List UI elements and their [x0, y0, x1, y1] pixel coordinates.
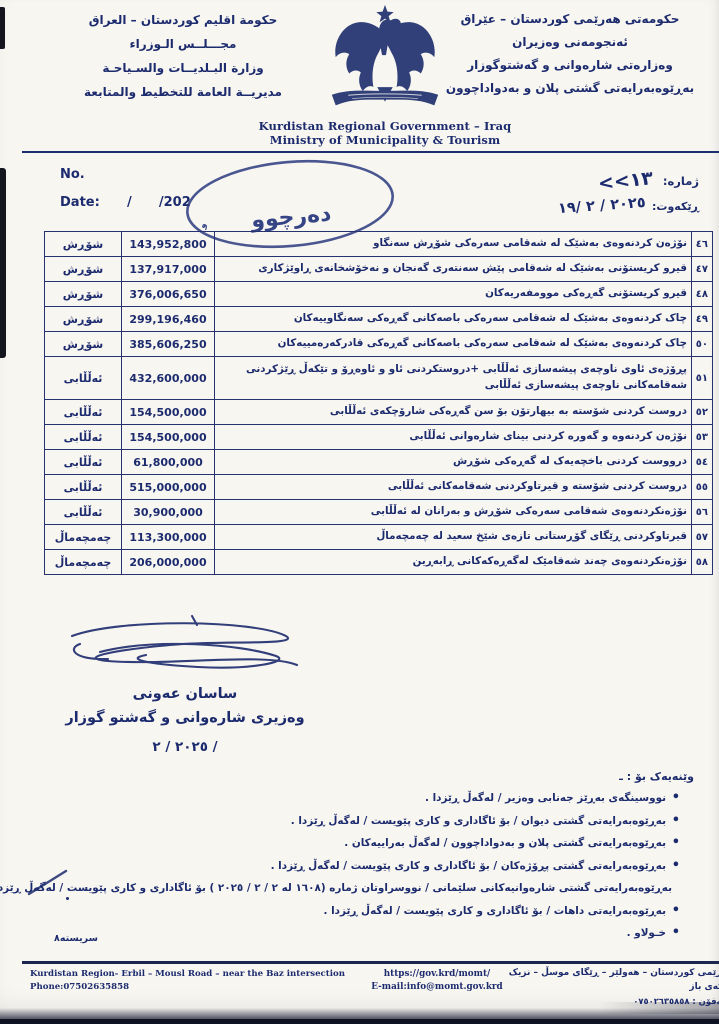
- project-description-cell: نۆژەنکردنەوەی شەقامی سەرەکی شۆڕش و بەران…: [215, 500, 692, 525]
- row-number-cell: ٥٣: [692, 425, 713, 450]
- bullet-dot: •: [672, 855, 680, 878]
- signature-date: ٢٠٢٥ / ٢ /: [40, 739, 330, 755]
- header-kurdish-line: بەڕێوەبەرایەتی گشتی پلان و بەدواداچوون: [427, 77, 713, 100]
- krg-eagle-emblem: [327, 2, 443, 118]
- footer-address-line: Kurdistan Region- Erbil – Mousl Road – n…: [30, 968, 350, 981]
- area-cell: ئەڵڵابی: [45, 475, 122, 500]
- bullet-dot: •: [672, 787, 680, 810]
- row-number-cell: ٥٨: [692, 550, 713, 575]
- row-number-cell: ٤٦: [692, 232, 713, 257]
- amount-cell: 299,196,460: [122, 307, 215, 332]
- cc-heading: وێنەیەک بۆ : ـ: [10, 770, 694, 783]
- row-number-cell: ٥٢: [692, 400, 713, 425]
- bullet-dot: •: [672, 832, 680, 855]
- project-description-cell: چاک کردنەوەی بەشێک لە شەقامی سەرەکی باصە…: [215, 332, 692, 357]
- reference-date-label: ڕێکەوت:: [652, 200, 699, 213]
- cc-list: •نووسینگەی بەڕێز جەنابی وەزیر / لەگەڵ ڕێ…: [10, 787, 694, 945]
- handwritten-check-mark: [26, 866, 70, 898]
- amount-cell: 515,000,000: [122, 475, 215, 500]
- bullet-dot: •: [672, 900, 680, 923]
- typist-note: سریستە٨: [54, 933, 98, 944]
- reference-number-line: ژماره: <<١٣: [598, 170, 699, 192]
- signer-name: ساسان عەونی: [40, 686, 330, 702]
- area-cell: ئەڵڵابی: [45, 400, 122, 425]
- project-description-cell: نۆژەن کردنەوە و گەورە کردنی بینای شارەوا…: [215, 425, 692, 450]
- cc-item-text: بەڕێوەبەرایەتی داهات / بۆ ئاگاداری و کار…: [324, 905, 666, 917]
- amount-cell: 143,952,800: [122, 232, 215, 257]
- table-row: ٥٦نۆژەنکردنەوەی شەقامی سەرەکی شۆڕش و بەر…: [45, 500, 713, 525]
- scan-edge-artifact: [0, 7, 5, 49]
- projects-table: ٤٦نۆژەن کردنەوەی بەشێک لە شەقامی سەرەکی …: [44, 231, 713, 575]
- cc-item: بەڕێوەبەرایەتی گشتی شارەوانیەکانی سلێمان…: [10, 877, 680, 900]
- cc-item: •بەڕێوەبەرایەتی گشتی پلان و بەدواداچوون …: [10, 832, 680, 855]
- row-number-cell: ٥٦: [692, 500, 713, 525]
- project-description-cell: نۆژەن کردنەوەی بەشێک لە شەقامی سەرەکی شۆ…: [215, 232, 692, 257]
- header-english-line: Kurdistan Regional Government – Iraq: [230, 119, 540, 133]
- header-arabic-line: وزارة البـلديــات والسـياحـة: [28, 56, 338, 80]
- amount-cell: 154,500,000: [122, 425, 215, 450]
- project-description-cell: قیرتاوکردنی ڕێگای گۆڕستانی تازەی شێخ سعی…: [215, 525, 692, 550]
- reference-date-handwritten: ٢٠٢٥ / ٢ /١٩: [558, 195, 647, 217]
- area-cell: شۆڕش: [45, 232, 122, 257]
- table-row: ٥٤درووست کردنی باخچەیەک لە گەڕەکی شۆڕش61…: [45, 450, 713, 475]
- signer-title: وەزیری شارەوانی و گەشتو گوزار: [20, 710, 350, 726]
- bullet-dot: •: [672, 922, 680, 945]
- header-kurdish-line: ئەنجومەنی وەزیران: [427, 31, 713, 54]
- amount-cell: 113,300,000: [122, 525, 215, 550]
- table-row: ٥٨نۆژەنکردنەوەی چەند شەقامێک لەگەڕەکەکان…: [45, 550, 713, 575]
- amount-cell: 137,917,000: [122, 257, 215, 282]
- amount-cell: 376,006,650: [122, 282, 215, 307]
- row-number-cell: ٥٤: [692, 450, 713, 475]
- cc-item-text: نووسینگەی بەڕێز جەنابی وەزیر / لەگەڵ ڕێز…: [425, 792, 666, 804]
- scanned-official-letter: حکومەتی هەرێمی کوردستان – عێراق ئەنجومەن…: [0, 0, 719, 1024]
- table-row: ٥٠چاک کردنەوەی بەشێک لە شەقامی سەرەکی با…: [45, 332, 713, 357]
- row-number-cell: ٥٠: [692, 332, 713, 357]
- table-row: ٤٨قیرو کریستۆنی گەڕەکی موومفەریەکان376,0…: [45, 282, 713, 307]
- project-description-cell: درووست کردنی باخچەیەک لە گەڕەکی شۆڕش: [215, 450, 692, 475]
- header-english-line: Ministry of Municipality & Tourism: [230, 133, 540, 147]
- area-cell: ئەڵڵابی: [45, 450, 122, 475]
- cc-item: •بەڕێوەبەرایەتی داهات / بۆ ئاگاداری و کا…: [10, 900, 680, 923]
- table-row: ٥٥دروست کردنی شۆستە و قیرتاوکردنی شەقامە…: [45, 475, 713, 500]
- reference-date-line: ڕێکەوت: ٢٠٢٥ / ٢ /١٩: [558, 198, 699, 214]
- cc-item: •نووسینگەی بەڕێز جەنابی وەزیر / لەگەڵ ڕێ…: [10, 787, 680, 810]
- row-number-cell: ٥١: [692, 357, 713, 400]
- area-cell: شۆڕش: [45, 257, 122, 282]
- footer-address-line-kurdish: هەرێمی کوردستان – هەولێر – ڕێگای موسڵ – …: [493, 966, 719, 994]
- no-label: No.: [60, 167, 85, 182]
- project-description-cell: نۆژەنکردنەوەی چەند شەقامێک لەگەڕەکەکانی …: [215, 550, 692, 575]
- amount-cell: 61,800,000: [122, 450, 215, 475]
- scan-bottom-edge: [0, 1019, 719, 1024]
- reference-number-label: ژماره:: [663, 174, 699, 188]
- footer-divider-line: [22, 961, 719, 964]
- cc-section: وێنەیەک بۆ : ـ •نووسینگەی بەڕێز جەنابی و…: [10, 770, 694, 945]
- area-cell: شۆڕش: [45, 282, 122, 307]
- minister-signature: [50, 610, 320, 688]
- amount-cell: 206,000,000: [122, 550, 215, 575]
- project-description-cell: قیرو کریستۆنی گەڕەکی موومفەریەکان: [215, 282, 692, 307]
- area-cell: چەمچەماڵ: [45, 525, 122, 550]
- project-description-cell: دروست کردنی شۆستە و قیرتاوکردنی شەقامەکا…: [215, 475, 692, 500]
- table-row: ٥٧قیرتاوکردنی ڕێگای گۆڕستانی تازەی شێخ س…: [45, 525, 713, 550]
- cc-item-text: بەڕێوەبەرایەتی گشتی شارەوانیەکانی سلێمان…: [0, 882, 672, 894]
- row-number-cell: ٤٩: [692, 307, 713, 332]
- amount-cell: 432,600,000: [122, 357, 215, 400]
- cc-item: •خـولاو .: [10, 922, 680, 945]
- amount-cell: 30,900,000: [122, 500, 215, 525]
- cc-item-text: بەڕێوەبەرایەتی گشتی پلان و بەدواداچوون /…: [344, 837, 666, 849]
- footer-address-english: Kurdistan Region- Erbil – Mousl Road – n…: [30, 968, 350, 994]
- footer-address-kurdish: هەرێمی کوردستان – هەولێر – ڕێگای موسڵ – …: [493, 966, 719, 1008]
- table-row: ٥١پڕۆژەی ئاوی ناوچەی پیشەسازی ئەڵڵابی +د…: [45, 357, 713, 400]
- row-number-cell: ٤٨: [692, 282, 713, 307]
- cc-item: •بەڕێوەبەرایەتی گشتی پڕۆژەکان / بۆ ئاگاد…: [10, 855, 680, 878]
- header-kurdish-line: وەزارەتی شارەوانی و گەشتوگوزار: [427, 54, 713, 77]
- header-arabic-line: مجـــلــس الـوزراء: [28, 32, 338, 56]
- table-row: ٤٩چاک کردنەوەی بەشێک لە شەقامی سەرەکی با…: [45, 307, 713, 332]
- stamp-center-text: دەرچوو: [249, 201, 332, 233]
- table-row: ٤٦نۆژەن کردنەوەی بەشێک لە شەقامی سەرەکی …: [45, 232, 713, 257]
- header-arabic-line: مديريــة العامة للتخطيط والمتابعة: [28, 80, 338, 104]
- header-kurdish-block: حکومەتی هەرێمی کوردستان – عێراق ئەنجومەن…: [427, 8, 713, 100]
- table-row: ٤٧قیرو کریستۆنی بەشێک لە شەقامی پێش سەنت…: [45, 257, 713, 282]
- project-description-cell: پڕۆژەی ئاوی ناوچەی پیشەسازی ئەڵڵابی +درو…: [215, 357, 692, 400]
- project-description-cell: قیرو کریستۆنی بەشێک لە شەقامی پێش سەنتەر…: [215, 257, 692, 282]
- amount-cell: 385,606,250: [122, 332, 215, 357]
- table-row: ٥٢دروست کردنی شۆستە بە بیهارتۆن بۆ سن گە…: [45, 400, 713, 425]
- header-arabic-block: حكومة اقليم كوردستان – العراق مجـــلــس …: [28, 8, 338, 104]
- scan-edge-artifact: [0, 168, 6, 358]
- ink-dot-artifact: [66, 897, 69, 900]
- cc-item-text: خـولاو .: [627, 927, 666, 939]
- row-number-cell: ٤٧: [692, 257, 713, 282]
- area-cell: ئەڵڵابی: [45, 357, 122, 400]
- cc-item-text: بەڕێوەبەرایەتی گشتی دیوان / بۆ ئاگاداری …: [291, 815, 666, 827]
- date-label: Date: / /202: [60, 195, 191, 210]
- area-cell: ئەڵڵابی: [45, 500, 122, 525]
- project-description-cell: دروست کردنی شۆستە بە بیهارتۆن بۆ سن گەڕە…: [215, 400, 692, 425]
- projects-table-body: ٤٦نۆژەن کردنەوەی بەشێک لە شەقامی سەرەکی …: [45, 232, 713, 575]
- header-english-block: Kurdistan Regional Government – Iraq Min…: [230, 119, 540, 147]
- footer-phone-kurdish: تەلەفۆن : ٠٧٥٠٢٦٣٥٨٥٨: [493, 994, 719, 1008]
- project-description-cell: چاک کردنەوەی بەشێک لە شەقامی سەرەکی باصە…: [215, 307, 692, 332]
- footer-phone-english: Phone:07502635858: [30, 981, 350, 994]
- row-number-cell: ٥٥: [692, 475, 713, 500]
- row-number-cell: ٥٧: [692, 525, 713, 550]
- area-cell: شۆڕش: [45, 307, 122, 332]
- cc-item: •بەڕێوەبەرایەتی گشتی دیوان / بۆ ئاگاداری…: [10, 810, 680, 833]
- amount-cell: 154,500,000: [122, 400, 215, 425]
- area-cell: چەمچەماڵ: [45, 550, 122, 575]
- header-kurdish-line: حکومەتی هەرێمی کوردستان – عێراق: [427, 8, 713, 31]
- header-arabic-line: حكومة اقليم كوردستان – العراق: [28, 8, 338, 32]
- table-row: ٥٣نۆژەن کردنەوە و گەورە کردنی بینای شارە…: [45, 425, 713, 450]
- area-cell: شۆڕش: [45, 332, 122, 357]
- reference-number-handwritten: <<١٣: [597, 167, 654, 195]
- bullet-dot: •: [672, 810, 680, 833]
- area-cell: ئەڵڵابی: [45, 425, 122, 450]
- cc-item-text: بەڕێوەبەرایەتی گشتی پڕۆژەکان / بۆ ئاگادا…: [271, 860, 666, 872]
